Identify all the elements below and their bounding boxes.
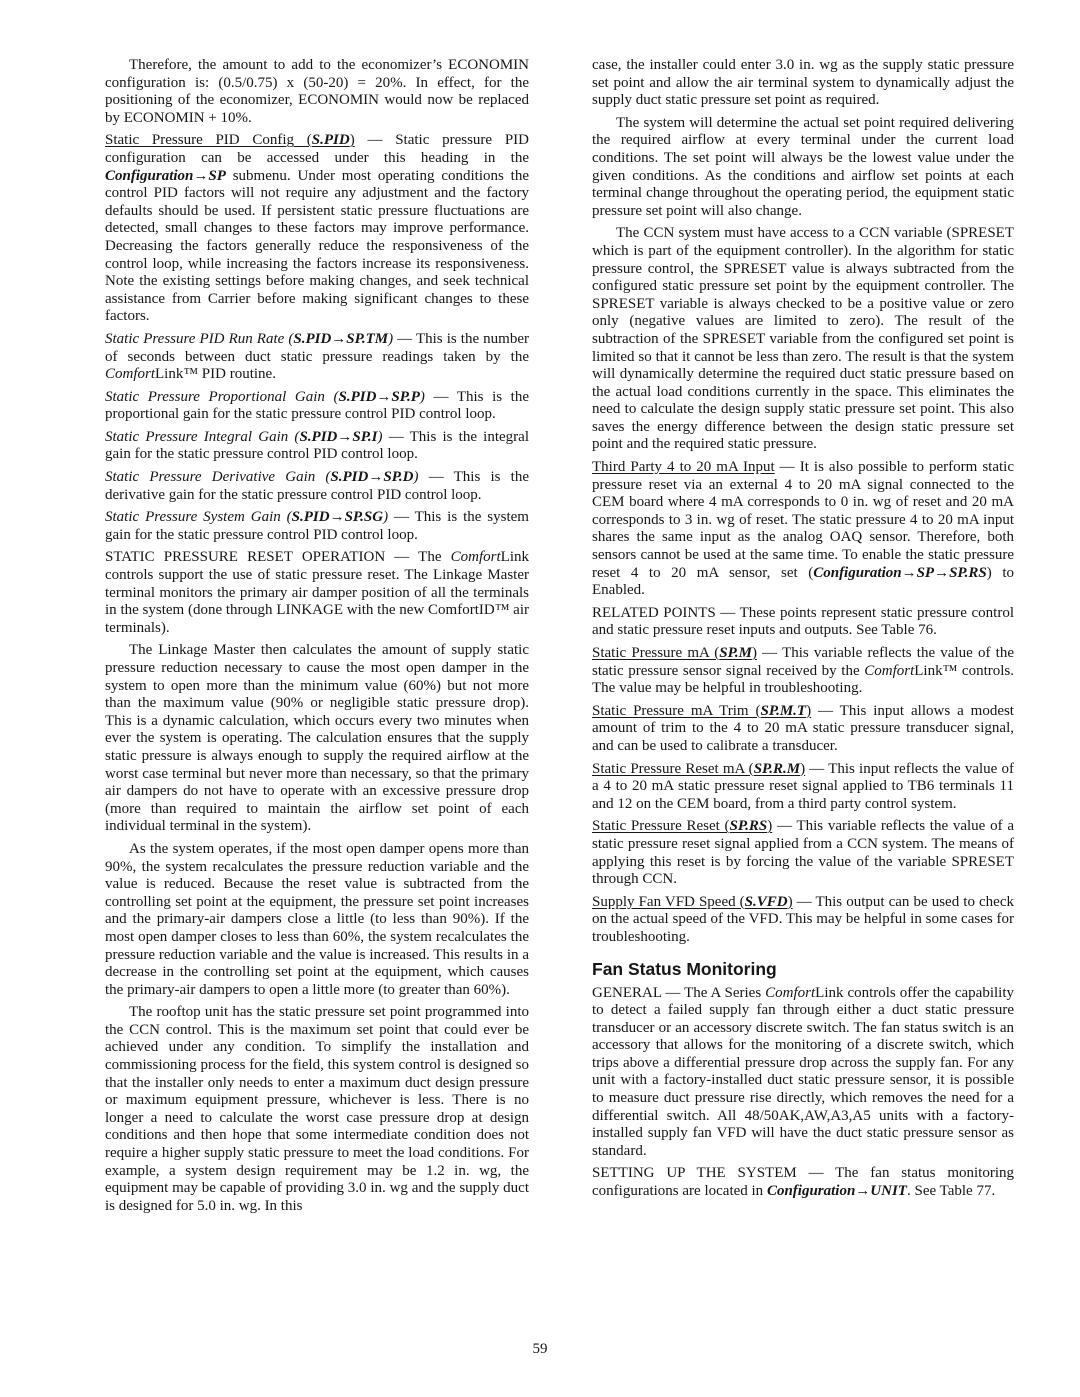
text-run: The system will determine the actual set… [592, 115, 1014, 219]
paragraph: Third Party 4 to 20 mA Input — It is als… [592, 459, 1014, 600]
text-run: SP.M.T [761, 703, 807, 719]
text-run: S.PID→SP.P [339, 389, 420, 405]
text-run: — It is also possible to perform static … [592, 459, 1014, 581]
text-run: Static Pressure Derivative Gain ( [105, 469, 330, 485]
paragraph: SETTING UP THE SYSTEM — The fan status m… [592, 1165, 1014, 1200]
text-run: Comfort [451, 549, 501, 565]
paragraph: As the system operates, if the most open… [105, 841, 529, 999]
paragraph: Supply Fan VFD Speed (S.VFD) — This outp… [592, 894, 1014, 947]
text-run: S.PID→SP.D [330, 469, 413, 485]
paragraph: case, the installer could enter 3.0 in. … [592, 57, 1014, 110]
text-run: S.VFD [745, 894, 788, 910]
paragraph: Static Pressure Proportional Gain (S.PID… [105, 389, 529, 424]
paragraph: Static Pressure Derivative Gain (S.PID→S… [105, 469, 529, 504]
text-run: SP.RS [730, 818, 768, 834]
paragraph: Therefore, the amount to add to the econ… [105, 57, 529, 127]
text-run: case, the installer could enter 3.0 in. … [592, 57, 1014, 108]
paragraph: Static Pressure mA (SP.M) — This variabl… [592, 645, 1014, 698]
text-run: SP.R.M [754, 761, 800, 777]
text-run: As the system operates, if the most open… [105, 841, 529, 998]
paragraph: Static Pressure PID Run Rate (S.PID→SP.T… [105, 331, 529, 384]
text-run: Fan Status Monitoring [592, 959, 777, 979]
text-run: Comfort [765, 985, 815, 1001]
text-run: Static Pressure Proportional Gain ( [105, 389, 339, 405]
section-heading: Fan Status Monitoring [592, 959, 1014, 979]
paragraph: GENERAL — The A Series ComfortLink contr… [592, 985, 1014, 1161]
text-run: RELATED POINTS — These points represent … [592, 605, 1014, 639]
text-run: The Linkage Master then calculates the a… [105, 642, 529, 834]
text-run: S.PID→SP.TM [293, 331, 388, 347]
text-run: Therefore, the amount to add to the econ… [105, 57, 529, 126]
text-run: Third Party 4 to 20 mA Input [592, 459, 775, 475]
text-run: SP.M [719, 645, 752, 661]
text-run: Static Pressure mA Trim ( [592, 703, 761, 719]
document-page: Therefore, the amount to add to the econ… [0, 0, 1080, 1397]
text-run: Configuration→UNIT [767, 1183, 907, 1199]
text-run: Comfort [105, 366, 155, 382]
paragraph: The system will determine the actual set… [592, 115, 1014, 221]
text-run: Static Pressure PID Run Rate ( [105, 331, 293, 347]
paragraph: Static Pressure PID Config (S.PID) — Sta… [105, 132, 529, 326]
text-run: Static Pressure System Gain ( [105, 509, 292, 525]
page-number: 59 [0, 1341, 1080, 1358]
text-run: Static Pressure Integral Gain ( [105, 429, 299, 445]
paragraph: Static Pressure Reset (SP.RS) — This var… [592, 818, 1014, 888]
text-run: S.PID→SP.SG [292, 509, 383, 525]
text-run: Static Pressure PID Config ( [105, 132, 312, 148]
text-run: Link controls offer the capability to de… [592, 985, 1014, 1159]
text-run: STATIC PRESSURE RESET OPERATION — The [105, 549, 451, 565]
paragraph: Static Pressure Integral Gain (S.PID→SP.… [105, 429, 529, 464]
text-run: Supply Fan VFD Speed ( [592, 894, 745, 910]
left-column: Therefore, the amount to add to the econ… [105, 57, 529, 1220]
text-run: GENERAL — The A Series [592, 985, 765, 1001]
text-run: Static Pressure mA ( [592, 645, 719, 661]
text-run: . See Table 77. [907, 1183, 995, 1199]
paragraph: RELATED POINTS — These points represent … [592, 605, 1014, 640]
text-run: S.PID→SP.I [299, 429, 377, 445]
text-run: Configuration→SP→SP.RS [813, 565, 987, 581]
text-run: Link™ PID routine. [155, 366, 276, 382]
text-run: S.PID [312, 132, 350, 148]
text-run: submenu. Under most operating conditions… [105, 168, 529, 325]
text-run: The rooftop unit has the static pressure… [105, 1004, 529, 1214]
paragraph: The CCN system must have access to a CCN… [592, 225, 1014, 454]
paragraph: Static Pressure System Gain (S.PID→SP.SG… [105, 509, 529, 544]
paragraph: Static Pressure Reset mA (SP.R.M) — This… [592, 761, 1014, 814]
text-run: The CCN system must have access to a CCN… [592, 225, 1014, 452]
paragraph: The rooftop unit has the static pressure… [105, 1004, 529, 1215]
paragraph: Static Pressure mA Trim (SP.M.T) — This … [592, 703, 1014, 756]
text-run: Comfort [864, 663, 914, 679]
right-column: case, the installer could enter 3.0 in. … [592, 57, 1014, 1206]
text-run: Configuration→SP [105, 168, 226, 184]
paragraph: STATIC PRESSURE RESET OPERATION — The Co… [105, 549, 529, 637]
text-run: Static Pressure Reset ( [592, 818, 730, 834]
text-run: Static Pressure Reset mA ( [592, 761, 754, 777]
paragraph: The Linkage Master then calculates the a… [105, 642, 529, 836]
